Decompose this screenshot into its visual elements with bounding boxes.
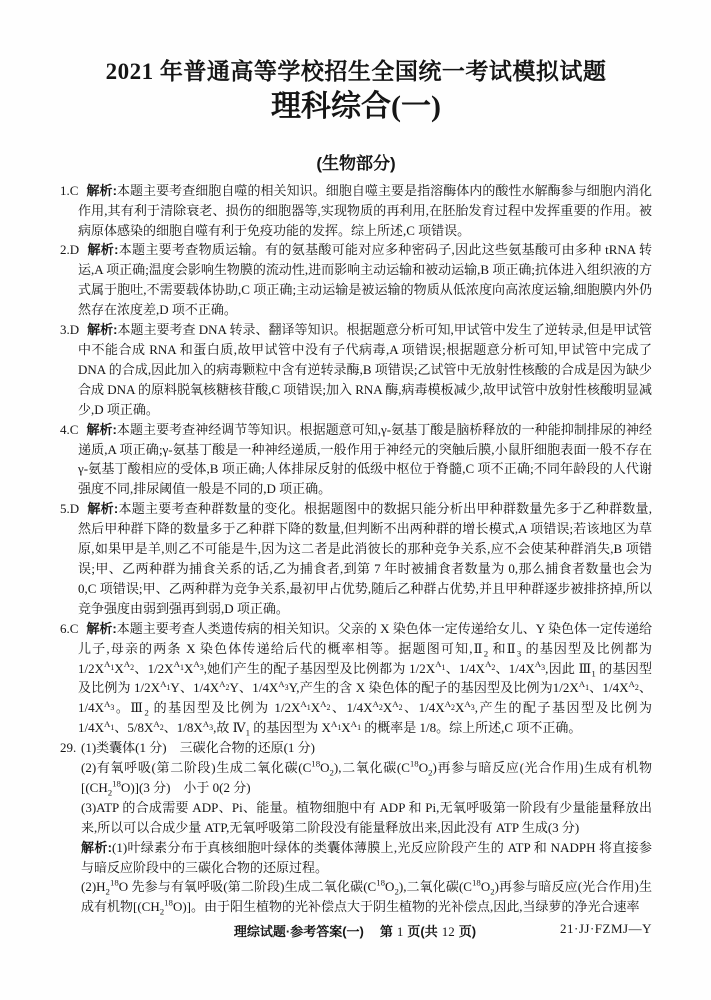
answer-text: 本题主要考查人类遗传病的相关知识。父亲的 X 染色体一定传递给女儿、Y 染色体一…	[78, 621, 652, 736]
footer-page-prefix: 第	[380, 924, 393, 939]
page-footer: 理综试题·参考答案(一)第1页(共12页) 21·JJ·FZMJ—Y	[60, 921, 652, 940]
answer-number: 6.C	[60, 621, 78, 636]
answer-number: 5.D	[60, 501, 79, 516]
answer-item-5: 5.D解析:本题主要考查种群数量的变化。根据题图中的数据只能分析出甲种群数量先多…	[60, 499, 652, 618]
footer-page-indicator: 第1页(共12页)	[378, 924, 478, 939]
answer-part-text: (3)ATP 的合成需要 ADP、Pi、能量。植物细胞中有 ADP 和 Pi,无…	[81, 800, 652, 835]
footer-paper-code: 21·JJ·FZMJ—Y	[560, 921, 652, 937]
answer-part-3: (3)ATP 的合成需要 ADP、Pi、能量。植物细胞中有 ADP 和 Pi,无…	[81, 798, 652, 838]
footer-page-number: 1	[397, 924, 404, 939]
answer-part-1: (1)类囊体(1 分) 三碳化合物的还原(1 分)	[81, 738, 652, 758]
answer-analysis-1: 解析:(1)叶绿素分布于真核细胞叶绿体的类囊体薄膜上,光反应阶段产生的 ATP …	[81, 838, 652, 878]
answer-text: 本题主要考查种群数量的变化。根据题图中的数据只能分析出甲种群数量先多于乙种群数量…	[78, 501, 652, 616]
answer-text: 本题主要考查 DNA 转录、翻译等知识。根据题意分析可知,甲试管中发生了逆转录,…	[78, 322, 652, 417]
answer-item-1: 1.C解析:本题主要考查细胞自噬的相关知识。细胞自噬主要是指溶酶体内的酸性水解酶…	[60, 181, 652, 241]
answer-item-4: 4.C解析:本题主要考查神经调节等知识。根据题意可知,γ-氨基丁酸是脑桥释放的一…	[60, 420, 652, 500]
answer-text: 本题主要考查神经调节等知识。根据题意可知,γ-氨基丁酸是脑桥释放的一种能抑制排尿…	[78, 422, 652, 497]
answer-number: 4.C	[60, 422, 78, 437]
answer-part-2: (2)有氧呼吸(第二阶段)生成二氧化碳(C18O2),二氧化碳(C18O2)再参…	[81, 758, 652, 798]
exam-answer-page: 2021 年普通高等学校招生全国统一考试模拟试题 理科综合(一) (生物部分) …	[0, 0, 711, 1000]
page-title: 2021 年普通高等学校招生全国统一考试模拟试题	[60, 58, 652, 87]
footer-page-suffix: 页)	[459, 924, 476, 939]
answer-list: 1.C解析:本题主要考查细胞自噬的相关知识。细胞自噬主要是指溶酶体内的酸性水解酶…	[60, 181, 652, 738]
answer-number: 2.D	[60, 242, 79, 257]
answer-text: 本题主要考查细胞自噬的相关知识。细胞自噬主要是指溶酶体内的酸性水解酶参与细胞内消…	[78, 183, 652, 238]
page-subtitle: 理科综合(一)	[60, 89, 652, 125]
answer-number: 3.D	[60, 322, 79, 337]
answer-text: 本题主要考查物质运输。有的氨基酸可能对应多种密码子,因此这些氨基酸可由多种 tR…	[78, 242, 652, 317]
analysis-label: 解析:	[86, 621, 116, 636]
answer-item-6: 6.C解析:本题主要考查人类遗传病的相关知识。父亲的 X 染色体一定传递给女儿、…	[60, 619, 652, 738]
answer-part-text: (1)叶绿素分布于真核细胞叶绿体的类囊体薄膜上,光反应阶段产生的 ATP 和 N…	[81, 840, 652, 875]
answer-item-3: 3.D解析:本题主要考查 DNA 转录、翻译等知识。根据题意分析可知,甲试管中发…	[60, 320, 652, 420]
footer-page-total: 12	[442, 924, 455, 939]
answer-part-text: (1)类囊体(1 分) 三碳化合物的还原(1 分)	[81, 740, 315, 755]
analysis-label: 解析:	[87, 242, 118, 257]
answer-number: 1.C	[60, 183, 78, 198]
answer-part-text: (2)有氧呼吸(第二阶段)生成二氧化碳(C18O2),二氧化碳(C18O2)再参…	[81, 760, 652, 795]
question-29-block: 29. (1)类囊体(1 分) 三碳化合物的还原(1 分) (2)有氧呼吸(第二…	[60, 738, 652, 917]
section-heading: (生物部分)	[60, 149, 652, 174]
analysis-label: 解析:	[87, 322, 117, 337]
analysis-label: 解析:	[81, 840, 112, 855]
analysis-label: 解析:	[86, 422, 116, 437]
analysis-label: 解析:	[87, 501, 118, 516]
footer-document-title: 理综试题·参考答案(一)	[234, 924, 364, 939]
answer-analysis-2: (2)H218O 先参与有氧呼吸(第二阶段)生成二氧化碳(C18O2),二氧化碳…	[81, 877, 652, 917]
footer-page-middle: 页(共	[407, 924, 437, 939]
analysis-label: 解析:	[86, 183, 116, 198]
question-number: 29.	[60, 738, 76, 758]
answer-part-text: (2)H218O 先参与有氧呼吸(第二阶段)生成二氧化碳(C18O2),二氧化碳…	[81, 879, 652, 914]
answer-item-2: 2.D解析:本题主要考查物质运输。有的氨基酸可能对应多种密码子,因此这些氨基酸可…	[60, 240, 652, 320]
